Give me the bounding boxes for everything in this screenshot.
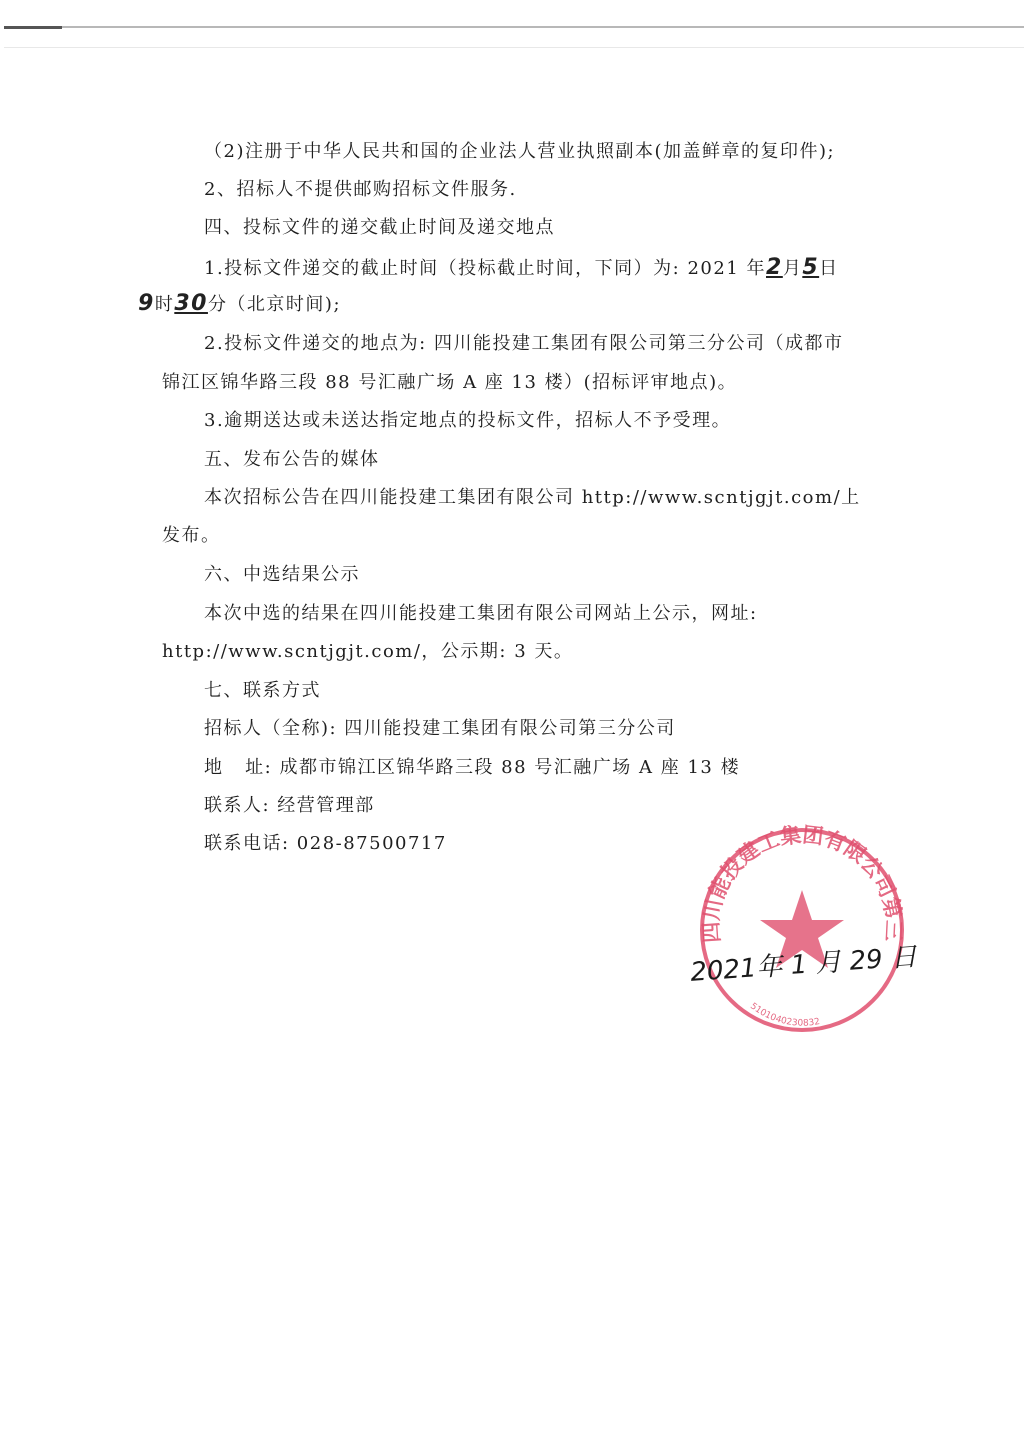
- location-line-1: 2.投标文件递交的地点为: 四川能投建工集团有限公司第三分公司（成都市: [204, 332, 843, 356]
- deadline-prefix: 1.投标文件递交的截止时间（投标截止时间，下同）为: 2021 年: [204, 258, 766, 279]
- company-seal-stamp: 四川能投建工集团有限公司第三分公司 5101040230832: [690, 822, 910, 1034]
- page-top-border: [4, 26, 1024, 28]
- page-top-border-mark: [4, 26, 62, 29]
- late-submission-note: 3.逾期送达或未送达指定地点的投标文件，招标人不予受理。: [204, 409, 731, 433]
- handwritten-month: 2: [766, 255, 783, 280]
- page-top-shadow: [4, 47, 1024, 48]
- deadline-suffix: 分（北京时间);: [208, 294, 341, 315]
- month-unit: 月: [783, 258, 803, 279]
- day-unit: 日: [819, 258, 839, 279]
- handwritten-hour: 9: [138, 291, 155, 316]
- contact-person: 联系人: 经营管理部: [204, 794, 375, 818]
- deadline-time-line: 9时30分（北京时间);: [138, 292, 341, 317]
- section-4-title: 四、投标文件的递交截止时间及递交地点: [204, 216, 555, 240]
- handwritten-day: 5: [802, 255, 819, 280]
- handwritten-minute: 30: [174, 291, 208, 316]
- hour-unit: 时: [155, 294, 175, 315]
- location-line-2: 锦江区锦华路三段 88 号汇融广场 A 座 13 楼）(招标评审地点)。: [162, 371, 737, 395]
- section-7-title: 七、联系方式: [204, 679, 321, 703]
- media-line-1: 本次招标公告在四川能投建工集团有限公司 http://www.scntjgjt.…: [204, 486, 861, 510]
- result-line-1: 本次中选的结果在四川能投建工集团有限公司网站上公示，网址:: [204, 602, 758, 626]
- contact-address: 地 址: 成都市锦江区锦华路三段 88 号汇融广场 A 座 13 楼: [204, 756, 740, 780]
- contact-tenderer: 招标人（全称): 四川能投建工集团有限公司第三分公司: [204, 717, 676, 741]
- svg-text:5101040230832: 5101040230832: [748, 1001, 821, 1028]
- requirement-line: （2)注册于中华人民共和国的企业法人营业执照副本(加盖鲜章的复印件);: [204, 140, 835, 164]
- deadline-line: 1.投标文件递交的截止时间（投标截止时间，下同）为: 2021 年2月5日: [204, 256, 839, 281]
- section-6-title: 六、中选结果公示: [204, 563, 360, 587]
- section-5-title: 五、发布公告的媒体: [204, 448, 380, 472]
- contact-phone: 联系电话: 028-87500717: [204, 832, 447, 856]
- result-line-2: http://www.scntjgjt.com/，公示期: 3 天。: [162, 640, 573, 664]
- mail-order-note: 2、招标人不提供邮购招标文件服务.: [204, 178, 517, 202]
- media-line-2: 发布。: [162, 524, 221, 548]
